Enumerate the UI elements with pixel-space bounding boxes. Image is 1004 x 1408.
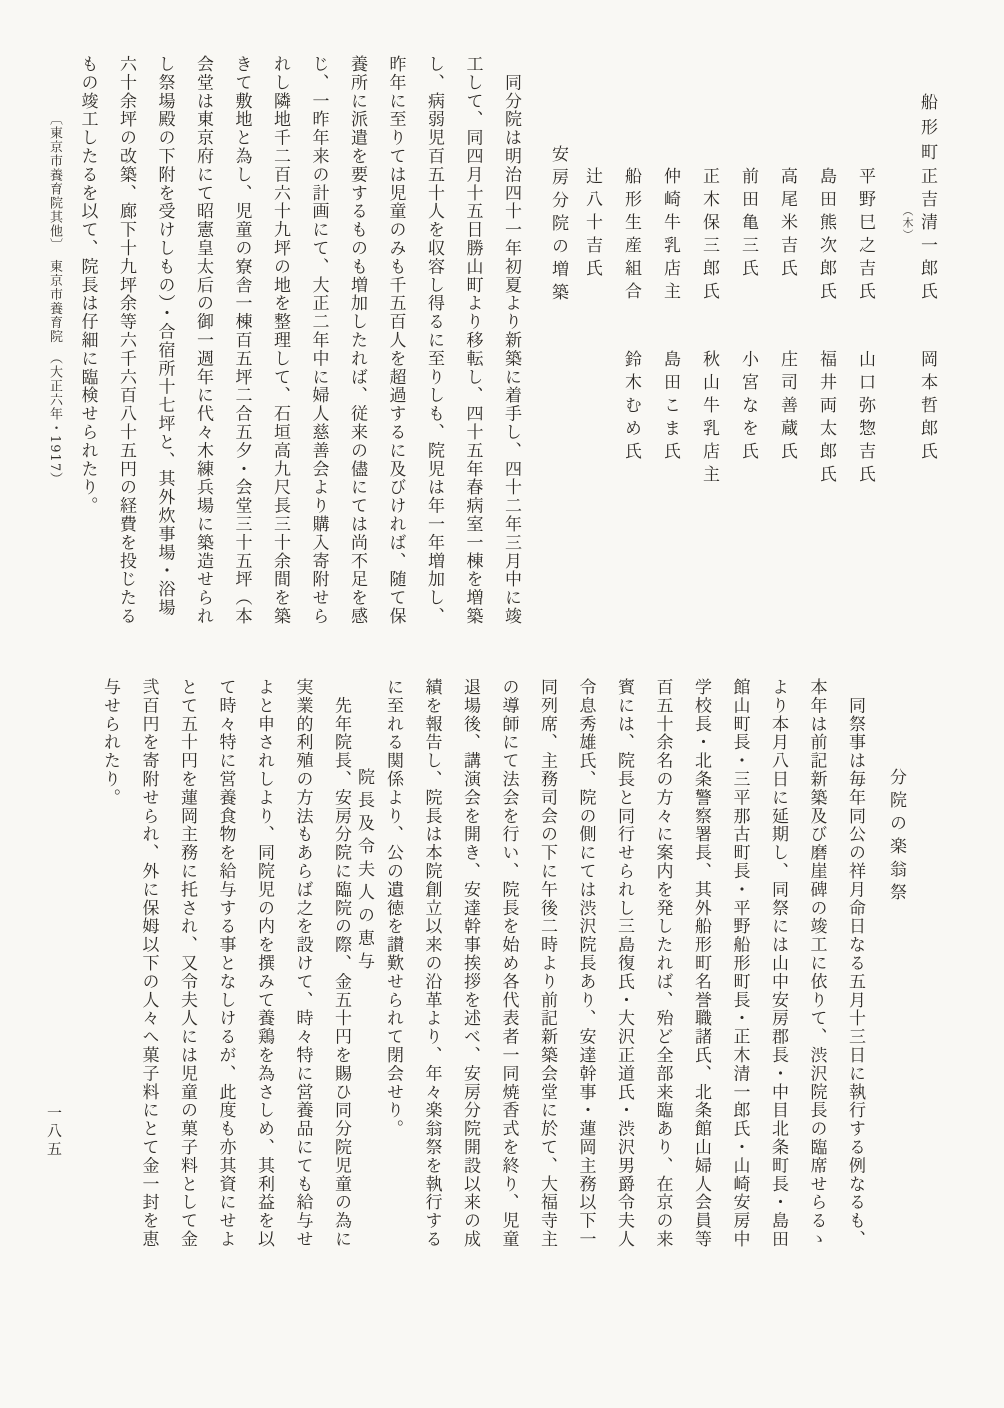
- article-line: の導師にて法会を行い、院長を始め各代表者一同焼香式を終り、児童: [499, 678, 518, 1258]
- section-heading-gift-from-director: 院長及令夫人の恵与: [352, 768, 376, 975]
- article-line: 昨年に至りては児童のみも千五百人を超過するに及びければ、随て保: [386, 55, 405, 635]
- article-line: れし隣地千二百六十九坪の地を整理して、石垣高九尺長三十余間を築: [270, 55, 289, 635]
- page-number: 一八五: [44, 1105, 65, 1159]
- article-line: 先年院長、安房分院に臨院の際、金五十円を賜ひ同分院児童の為に: [331, 678, 350, 1258]
- article-line: 会堂は東京府にて昭憲皇太后の御一週年に代々木練兵場に築造せられ: [193, 55, 212, 635]
- article-line: 退場後、講演会を開き、安達幹事挨拶を述べ、安房分院開設以来の成: [460, 678, 479, 1258]
- article-line: 与せられたり。: [100, 678, 119, 1258]
- article-line: 百五十余名の方々に案内を発したれば、殆ど全部来臨あり、在京の来: [653, 678, 672, 1258]
- donor-name-bottom: 小宮なを氏: [737, 350, 759, 465]
- donor-column: 平野巳之吉氏 山口弥惣吉氏: [854, 55, 876, 575]
- article-line: きて敷地と為し、児童の寮舎一棟百五坪二合五夕・会堂三十五坪（本: [232, 55, 251, 635]
- donor-name-top: 島田熊次郎氏: [815, 167, 837, 305]
- article-body-rakuou-festival: 同祭事は毎年同公の祥月命日なる五月十三日に執行する例なるも、本年は前記新築及び磨…: [394, 678, 864, 1258]
- donor-name-top: 高尾米吉氏: [776, 167, 798, 282]
- donor-name-top: 平野巳之吉氏: [854, 167, 876, 305]
- article-line: 工して、同四月十五日勝山町より移転し、四十五年春病室一棟を増築: [463, 55, 482, 635]
- article-line: 本年は前記新築及び磨崖碑の竣工に依りて、渋沢院長の臨席せらるゝ: [807, 678, 826, 1258]
- donor-name-bottom: 岡本哲郎氏: [916, 350, 938, 465]
- article-line: 実業的利殖の方法もあらば之を設けて、時々特に営養品にても給与せ: [293, 678, 312, 1258]
- scanned-document-page: 船形町 （木） 正吉清一郎氏 岡本哲郎氏 平野巳之吉氏 山口弥惣吉氏 島田熊次郎…: [0, 0, 1004, 1408]
- article-line: じ、一昨年来の計画にて、大正二年中に婦人慈善会より購入寄附せら: [309, 55, 328, 635]
- donor-name-bottom: 鈴木むめ氏: [620, 350, 642, 465]
- donor-column: 仲崎牛乳店主 島田こま氏: [659, 55, 681, 575]
- article-line: とて五十円を蓮岡主務に托され、又令夫人には児童の菓子料として金: [177, 678, 196, 1258]
- donor-name-bottom: 山口弥惣吉氏: [854, 350, 876, 488]
- article-line: 六十余坪の改築、廊下十九坪余等六千六百八十五円の経費を投じたる: [116, 55, 135, 635]
- donor-column: 船形生産組合 鈴木むめ氏: [620, 55, 642, 575]
- article-line: 賓には、院長と同行せられし三島復氏・大沢正道氏・渋沢男爵令夫人: [614, 678, 633, 1258]
- donor-name-top: 船形生産組合: [620, 167, 642, 305]
- donor-column: 辻八十吉氏: [581, 55, 603, 575]
- article-body-gift-from-director: 先年院長、安房分院に臨院の際、金五十円を賜ひ同分院児童の為に実業的利殖の方法もあ…: [107, 678, 350, 1258]
- article-body-annex-expansion: 同分院は明治四十一年初夏より新築に着手し、四十二年三月中に竣工して、同四月十五日…: [63, 55, 520, 635]
- donor-name-top: 正吉清一郎氏: [916, 167, 938, 305]
- donor-name-list: 船形町 （木） 正吉清一郎氏 岡本哲郎氏 平野巳之吉氏 山口弥惣吉氏 島田熊次郎…: [564, 55, 938, 575]
- donor-name-top: 正木保三郎氏: [698, 167, 720, 305]
- donor-name-bottom: 秋山牛乳店主: [698, 350, 720, 488]
- donor-column: 船形町 （木） 正吉清一郎氏 岡本哲郎氏: [916, 55, 938, 575]
- donor-column: 島田熊次郎氏 福井両太郎氏: [815, 55, 837, 575]
- article-line: 学校長・北条警察署長、其外船形町名誉職諸氏、北条館山婦人会員等: [691, 678, 710, 1258]
- section-heading-rakuou-festival: 分院の楽翁祭: [884, 768, 908, 906]
- donor-name-top: 辻八十吉氏: [581, 167, 603, 282]
- name-annotation: （木）: [899, 205, 915, 241]
- donor-name-bottom: 庄司善蔵氏: [776, 350, 798, 465]
- article-line: し、病弱児百五十人を収容し得るに至りしも、院児は年一年増加し、: [424, 55, 443, 635]
- article-line: 弐百円を寄附せられ、外に保姆以下の人々へ菓子料にとて金一封を恵: [139, 678, 158, 1258]
- donor-name-bottom: 島田こま氏: [659, 350, 681, 465]
- donor-column: 前田亀三氏 小宮なを氏: [737, 55, 759, 575]
- article-line: し祭場殿の下附を受けしもの）・合宿所十七坪と、其外炊事場・浴場: [155, 55, 174, 635]
- donor-name-bottom: 福井両太郎氏: [815, 350, 837, 488]
- source-citation: 〔東京市養育院其他〕 東京市養育院 （大正六年・1917）: [46, 112, 62, 486]
- article-line: よと申されしより、同院児の内を撰みて養鶏を為さしめ、其利益を以: [254, 678, 273, 1258]
- article-line: 養所に派遣を要するものも増加したれば、従来の儘にては尚不足を感: [347, 55, 366, 635]
- section-heading-annex-expansion: 安房分院の増築: [546, 145, 570, 306]
- article-line: より本月八日に延期し、同祭には山中安房郡長・中目北条町長・島田: [768, 678, 787, 1258]
- article-line: 同祭事は毎年同公の祥月命日なる五月十三日に執行する例なるも、: [845, 678, 864, 1258]
- article-line: もの竣工したるを以て、院長は仔細に臨検せられたり。: [78, 55, 97, 635]
- donor-column: 正木保三郎氏 秋山牛乳店主: [698, 55, 720, 575]
- article-line: 同分院は明治四十一年初夏より新築に着手し、四十二年三月中に竣: [501, 55, 520, 635]
- article-line: て時々特に営養食物を給与する事となしけるが、此度も亦其資にせよ: [216, 678, 235, 1258]
- article-line: 館山町長・三平那古町長・平野船形町長・正木清一郎氏・山崎安房中: [730, 678, 749, 1258]
- article-line: 令息秀雄氏、院の側にては渋沢院長あり、安達幹事・蓮岡主務以下一: [576, 678, 595, 1258]
- article-line: 同列席、主務司会の下に午後二時より前記新築会堂に於て、大福寺主: [537, 678, 556, 1258]
- article-line: 績を報告し、院長は本院創立以来の沿革より、年々楽翁祭を執行する: [422, 678, 441, 1258]
- donor-name-top: 前田亀三氏: [737, 167, 759, 282]
- donor-name-top: 仲崎牛乳店主: [659, 167, 681, 305]
- article-line: に至れる関係より、公の遺徳を讃歎せられて閉会せり。: [383, 678, 402, 1258]
- donor-column: 高尾米吉氏 庄司善蔵氏: [776, 55, 798, 575]
- place-label: 船形町: [916, 93, 938, 168]
